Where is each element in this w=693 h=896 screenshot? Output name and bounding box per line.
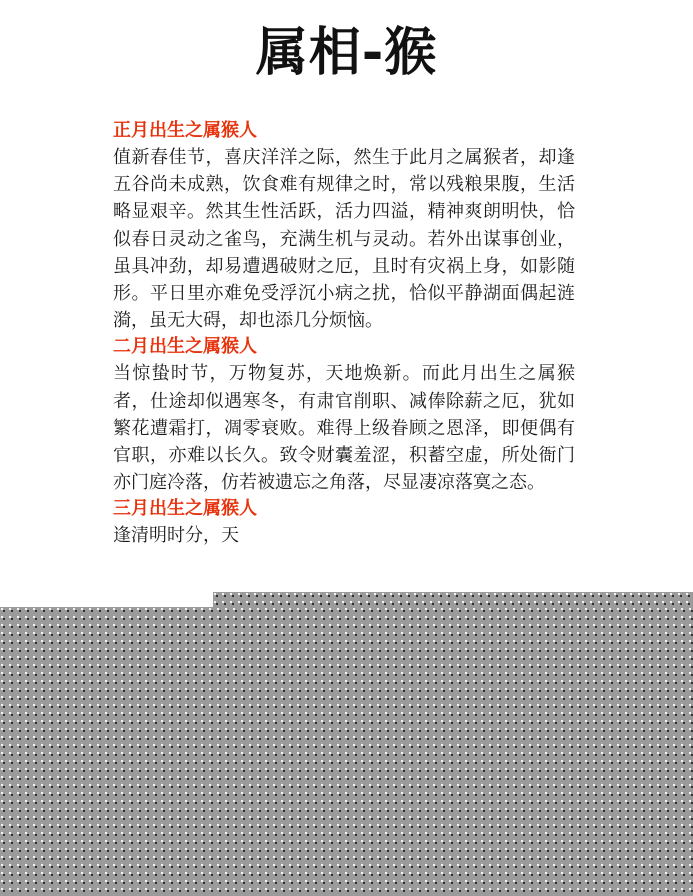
article-content: 正月出生之属猴人 值新春佳节，喜庆洋洋之际，然生于此月之属猴者，却逢五谷尚未成熟… <box>113 118 575 550</box>
section-heading: 二月出生之属猴人 <box>113 334 575 360</box>
section-first-month: 正月出生之属猴人 值新春佳节，喜庆洋洋之际，然生于此月之属猴者，却逢五谷尚未成熟… <box>113 118 575 334</box>
section-body: 值新春佳节，喜庆洋洋之际，然生于此月之属猴者，却逢五谷尚未成熟，饮食难有规律之时… <box>113 144 575 334</box>
obscuring-overlay-top <box>213 592 693 608</box>
section-heading: 三月出生之属猴人 <box>113 496 575 522</box>
section-body: 逢清明时分，天 <box>113 522 575 549</box>
section-third-month: 三月出生之属猴人 逢清明时分，天 <box>113 496 575 549</box>
section-heading: 正月出生之属猴人 <box>113 118 575 144</box>
obscuring-overlay <box>0 607 693 896</box>
section-body: 当惊蛰时节，万物复苏，天地焕新。而此月出生之属猴者，仕途却似遇寒冬，有肃官削职、… <box>113 360 575 496</box>
page-title: 属相-猴 <box>0 18 693 88</box>
section-second-month: 二月出生之属猴人 当惊蛰时节，万物复苏，天地焕新。而此月出生之属猴者，仕途却似遇… <box>113 334 575 496</box>
